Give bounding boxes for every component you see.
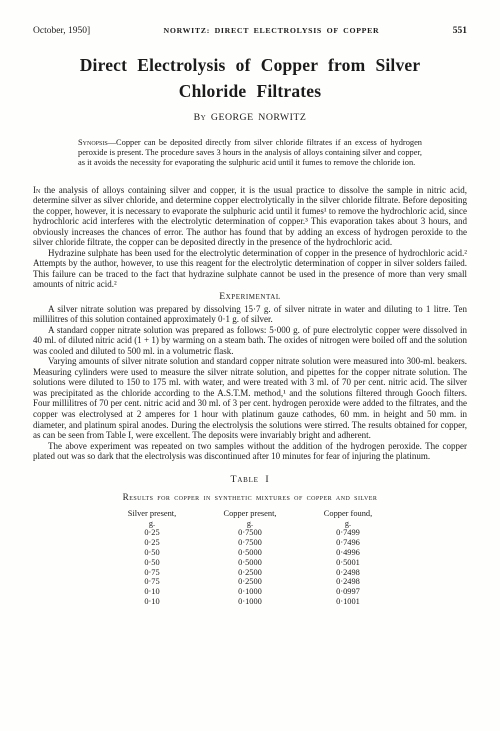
running-head: October, 1950] NORWITZ: DIRECT ELECTROLY… xyxy=(33,26,467,36)
table-cell: 0·25 xyxy=(103,528,201,538)
column-header-copper-present: Copper present, g. xyxy=(201,509,299,529)
column-header-unit: g. xyxy=(299,519,397,529)
table-cell: 0·5000 xyxy=(201,558,299,568)
paragraph-intro-text: the analysis of alloys containing silver… xyxy=(33,185,467,248)
table-row: 0·75 0·2500 0·2498 xyxy=(103,568,397,578)
synopsis-label: Synopsis xyxy=(78,138,108,147)
table-row: 0·10 0·1000 0·0997 xyxy=(103,587,397,597)
author-name: GEORGE NORWITZ xyxy=(211,112,306,123)
table-cell: 0·7500 xyxy=(201,538,299,548)
table-cell: 0·50 xyxy=(103,558,201,568)
article-title: Direct Electrolysis of Copper from Silve… xyxy=(33,53,467,105)
section-heading-experimental: Experimental xyxy=(33,292,467,303)
table-cell: 0·5001 xyxy=(299,558,397,568)
column-header-label: Copper found, xyxy=(299,509,397,519)
table-1-block: Table I Results for copper in synthetic … xyxy=(33,474,467,607)
table-row: 0·50 0·5000 0·5001 xyxy=(103,558,397,568)
running-head-issue-date: October, 1950] xyxy=(33,26,90,36)
table-cell: 0·75 xyxy=(103,568,201,578)
page-number: 551 xyxy=(453,26,467,36)
column-header-unit: g. xyxy=(103,519,201,529)
table-row: 0·10 0·1000 0·1001 xyxy=(103,597,397,607)
table-1-heading: Table I xyxy=(33,474,467,485)
running-head-article: NORWITZ: DIRECT ELECTROLYSIS OF COPPER xyxy=(164,26,380,35)
table-row: 0·25 0·7500 0·7499 xyxy=(103,528,397,538)
table-cell: 0·0997 xyxy=(299,587,397,597)
column-header-copper-found: Copper found, g. xyxy=(299,509,397,529)
table-cell: 0·5000 xyxy=(201,548,299,558)
table-cell: 0·1001 xyxy=(299,597,397,607)
table-cell: 0·1000 xyxy=(201,587,299,597)
results-table-header: Silver present, g. Copper present, g. Co… xyxy=(103,509,397,529)
table-row: 0·25 0·7500 0·7496 xyxy=(103,538,397,548)
paragraph-procedure: Varying amounts of silver nitrate soluti… xyxy=(33,356,467,440)
results-table-body: 0·25 0·7500 0·7499 0·25 0·7500 0·7496 0·… xyxy=(103,528,397,606)
byline-prefix: By xyxy=(194,112,207,123)
paragraph-silver-nitrate: A silver nitrate solution was prepared b… xyxy=(33,304,467,325)
synopsis: Synopsis—Copper can be deposited directl… xyxy=(78,138,422,169)
paragraph-repeat-experiment: The above experiment was repeated on two… xyxy=(33,441,467,462)
table-cell: 0·2500 xyxy=(201,577,299,587)
table-cell: 0·7496 xyxy=(299,538,397,548)
table-cell: 0·10 xyxy=(103,597,201,607)
table-cell: 0·50 xyxy=(103,548,201,558)
synopsis-text: —Copper can be deposited directly from s… xyxy=(78,138,422,168)
column-header-label: Copper present, xyxy=(201,509,299,519)
table-cell: 0·10 xyxy=(103,587,201,597)
table-cell: 0·7499 xyxy=(299,528,397,538)
table-row: 0·75 0·2500 0·2498 xyxy=(103,577,397,587)
column-header-label: Silver present, xyxy=(103,509,201,519)
article-body: In the analysis of alloys containing sil… xyxy=(33,185,467,462)
table-row: 0·50 0·5000 0·4996 xyxy=(103,548,397,558)
column-header-silver-present: Silver present, g. xyxy=(103,509,201,529)
byline: By GEORGE NORWITZ xyxy=(33,112,467,123)
table-header-row: Silver present, g. Copper present, g. Co… xyxy=(103,509,397,529)
article-title-line-1: Direct Electrolysis of Copper from Silve… xyxy=(80,55,421,75)
table-cell: 0·2500 xyxy=(201,568,299,578)
table-cell: 0·25 xyxy=(103,538,201,548)
table-cell: 0·1000 xyxy=(201,597,299,607)
paragraph-intro: In the analysis of alloys containing sil… xyxy=(33,185,467,248)
table-cell: 0·4996 xyxy=(299,548,397,558)
table-cell: 0·7500 xyxy=(201,528,299,538)
table-cell: 0·75 xyxy=(103,577,201,587)
table-cell: 0·2498 xyxy=(299,568,397,578)
results-table: Silver present, g. Copper present, g. Co… xyxy=(103,509,397,607)
journal-page: October, 1950] NORWITZ: DIRECT ELECTROLY… xyxy=(0,0,500,731)
article-title-line-2: Chloride Filtrates xyxy=(179,81,321,101)
column-header-unit: g. xyxy=(201,519,299,529)
table-cell: 0·2498 xyxy=(299,577,397,587)
paragraph-hydrazine: Hydrazine sulphate has been used for the… xyxy=(33,248,467,290)
table-1-caption: Results for copper in synthetic mixtures… xyxy=(33,492,467,502)
paragraph-copper-nitrate: A standard copper nitrate solution was p… xyxy=(33,325,467,357)
